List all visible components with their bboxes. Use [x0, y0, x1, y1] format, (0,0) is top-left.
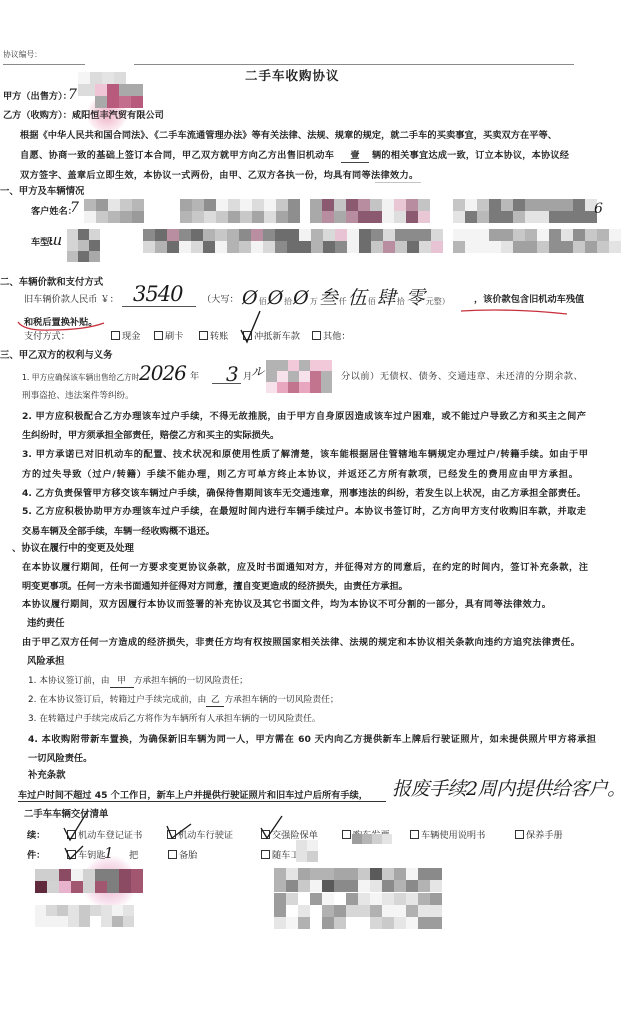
supplement-printed-clause: 车过户时间不超过 45 个工作日，新车上户并提供行驶证照片和旧车过户后所有手续，	[18, 790, 386, 802]
risk-item-2-suffix: 方承担车辆的一切风险责任；	[224, 695, 338, 705]
risk-item-1-suffix: 方承担车辆的一切风险责任；	[134, 676, 248, 686]
mosaic-cell	[394, 880, 406, 892]
redaction-mosaic	[296, 840, 318, 862]
obligation-1-prefix: 1. 甲方应确保该车辆出售给乙方时	[22, 372, 139, 384]
mosaic-cell	[394, 917, 406, 929]
mosaic-cell	[310, 868, 322, 880]
mosaic-cell	[57, 905, 68, 916]
mosaic-cell	[370, 905, 382, 917]
risk-item-1-prefix: 1. 本协议签订前，由	[28, 676, 110, 686]
mosaic-cell	[418, 868, 430, 880]
mosaic-cell	[286, 917, 298, 929]
mosaic-cell	[277, 382, 288, 393]
mosaic-cell	[119, 869, 131, 881]
mosaic-cell	[299, 382, 310, 393]
mosaic-cell	[57, 916, 68, 927]
mosaic-cell	[430, 868, 442, 880]
mosaic-cell	[274, 917, 286, 929]
risk-item-4-line-2: 一切风险责任。	[28, 753, 92, 765]
mosaic-cell	[101, 916, 112, 927]
payment-option-other[interactable]: 其他：	[312, 331, 351, 343]
mosaic-cell	[321, 360, 332, 371]
mosaic-cell	[47, 881, 59, 893]
mosaic-cell	[298, 905, 310, 917]
delivery-accessories-label: 件：	[27, 850, 45, 862]
mosaic-cell	[46, 916, 57, 927]
accessory-label: 备胎	[179, 850, 197, 861]
obligation-1-line-2: 刑事盗抢、违法案件等纠纷。	[22, 390, 134, 402]
mosaic-cell	[310, 905, 322, 917]
mosaic-cell	[406, 893, 418, 905]
mosaic-cell	[430, 917, 442, 929]
mosaic-cell	[346, 868, 358, 880]
mosaic-cell	[274, 905, 286, 917]
date-year-handwriting: 2026	[139, 363, 186, 383]
mosaic-cell	[382, 893, 394, 905]
mosaic-cell	[334, 905, 346, 917]
mosaic-cell	[358, 893, 370, 905]
mosaic-cell	[274, 893, 286, 905]
mosaic-cell	[35, 916, 46, 927]
price-note-b: 和税后置换补贴。	[24, 317, 98, 329]
payment-method-label: 支付方式：	[24, 331, 70, 343]
mosaic-cell	[71, 881, 83, 893]
obligation-5-line-1: 5. 乙方应积极协助甲方办理该车过户手续，在最短时间内进行车辆手续过户。本协议书…	[22, 506, 586, 518]
payment-option-label: 现金	[122, 331, 140, 342]
mosaic-cell	[334, 868, 346, 880]
mosaic-cell	[71, 869, 83, 881]
mosaic-cell	[382, 834, 392, 844]
mosaic-cell	[310, 360, 321, 371]
payment-option-label: 转账	[210, 331, 228, 342]
mosaic-cell	[321, 371, 332, 382]
checkbox-icon	[515, 830, 524, 839]
breach-title: 违约责任	[27, 618, 65, 630]
mosaic-cell	[370, 893, 382, 905]
breach-line-1: 由于甲乙双方任何一方造成的经济损失，非责任方均有权按照国家相关法律、法规的规定和…	[22, 637, 580, 649]
mosaic-cell	[286, 905, 298, 917]
mosaic-cell	[286, 893, 298, 905]
obligation-2-line-1: 2. 甲方应积极配合乙方办理该车过户手续，不得无故推脱，由于甲方自身原因造成该车…	[22, 411, 586, 423]
mosaic-cell	[101, 905, 112, 916]
mosaic-cell	[346, 880, 358, 892]
mosaic-cell	[68, 916, 79, 927]
obligation-3-line-1: 3. 甲方承诺已对旧机动车的配置、技术状况和原使用性质了解清楚，该车能根据居住管…	[22, 449, 588, 461]
mosaic-cell	[394, 868, 406, 880]
mosaic-cell	[277, 360, 288, 371]
mosaic-cell	[430, 905, 442, 917]
mosaic-cell	[346, 917, 358, 929]
doc-driving-license[interactable]: 机动车行驶证	[167, 830, 233, 842]
mosaic-cell	[418, 917, 430, 929]
mosaic-cell	[274, 880, 286, 892]
mosaic-cell	[382, 905, 394, 917]
mosaic-cell	[382, 880, 394, 892]
mosaic-cell	[352, 834, 362, 844]
mosaic-cell	[322, 893, 334, 905]
mosaic-cell	[299, 360, 310, 371]
mosaic-cell	[286, 868, 298, 880]
mosaic-cell	[35, 869, 47, 881]
car-key-unit: 把	[129, 850, 138, 862]
mosaic-cell	[288, 371, 299, 382]
mosaic-cell	[90, 916, 101, 927]
doc-maintenance-manual[interactable]: 保养手册	[515, 830, 563, 842]
mosaic-cell	[334, 917, 346, 929]
amendment-line-3: 本协议履行期间，双方因履行本协议而签署的补充协议及其它书面文件，均为本协议不可分…	[22, 599, 551, 611]
mosaic-cell	[112, 916, 123, 927]
checkbox-icon	[111, 331, 120, 340]
risk-item-1: 1. 本协议签订前，由甲方承担车辆的一切风险责任；	[28, 675, 248, 688]
checkmark-icon	[243, 331, 244, 332]
mosaic-cell	[322, 880, 334, 892]
risk-item-2: 2. 在本协议签订后，转籍过户手续完成前，由乙方承担车辆的一切风险责任；	[28, 694, 339, 707]
mosaic-cell	[346, 905, 358, 917]
mosaic-cell	[277, 371, 288, 382]
mosaic-cell	[310, 917, 322, 929]
mosaic-cell	[418, 905, 430, 917]
mosaic-cell	[298, 917, 310, 929]
payment-option-label: 冲抵新车款	[254, 331, 300, 342]
checkbox-icon	[342, 830, 351, 839]
mosaic-cell	[131, 881, 143, 893]
mosaic-cell	[430, 880, 442, 892]
mosaic-cell	[90, 905, 101, 916]
section-3-title: 三、甲乙双方的权利与义务	[0, 350, 113, 362]
mosaic-cell	[47, 869, 59, 881]
mosaic-cell	[334, 893, 346, 905]
redaction-mosaic	[35, 905, 134, 927]
mosaic-cell	[274, 868, 286, 880]
risk-item-3: 3. 在转籍过户手续完成后乙方将作为车辆所有人承担车辆的一切风险责任。	[28, 713, 321, 725]
obligation-5-line-2: 交易车辆及全部手续，车辆一经收购概不退还。	[22, 526, 215, 538]
doc-user-manual[interactable]: 车辆使用说明书	[410, 830, 485, 842]
mosaic-cell	[406, 917, 418, 929]
payment-option-transfer[interactable]: 转账	[199, 331, 228, 343]
checkmark-icon	[67, 830, 68, 831]
mosaic-cell	[266, 382, 277, 393]
date-month-handwriting: 3	[226, 364, 239, 384]
accessory-spare-tire[interactable]: 备胎	[168, 850, 197, 862]
mosaic-cell	[107, 869, 119, 881]
obligation-2-line-2: 生纠纷时，甲方须承担全部责任，赔偿乙方和买主的实际损失。	[22, 430, 279, 442]
mosaic-cell	[307, 840, 318, 851]
amendment-line-2: 明变更事项。任何一方未书面通知并征得对方同意，擅自变更造成的经济损失，由责任方承…	[22, 581, 408, 593]
amendment-line-1: 在本协议履行期间，任何一方要求变更协议条款，应及时书面通知对方，并征得对方的同意…	[22, 562, 588, 574]
mosaic-cell	[59, 869, 71, 881]
redaction-mosaic	[266, 360, 332, 393]
section-4-title: 、协议在履行中的变更及处理	[12, 543, 134, 555]
mosaic-cell	[322, 868, 334, 880]
mosaic-cell	[95, 869, 107, 881]
redaction-mosaic	[35, 869, 143, 893]
mosaic-cell	[298, 868, 310, 880]
mosaic-cell	[406, 868, 418, 880]
checkbox-icon	[410, 830, 419, 839]
mosaic-cell	[358, 917, 370, 929]
mosaic-cell	[83, 881, 95, 893]
mosaic-cell	[334, 880, 346, 892]
doc-label: 机动车行驶证	[178, 830, 233, 841]
mosaic-cell	[299, 371, 310, 382]
mosaic-cell	[346, 893, 358, 905]
mosaic-cell	[296, 851, 307, 862]
mosaic-cell	[430, 893, 442, 905]
payment-option-label: 其他：	[323, 331, 351, 342]
payment-option-cash[interactable]: 现金	[111, 331, 140, 343]
risk-title: 风险承担	[27, 656, 65, 668]
doc-label: 保养手册	[526, 830, 563, 841]
mosaic-cell	[372, 834, 382, 844]
mosaic-cell	[266, 371, 277, 382]
checkbox-icon	[154, 331, 163, 340]
mosaic-cell	[286, 880, 298, 892]
checkmark-icon	[167, 830, 168, 831]
mosaic-cell	[79, 916, 90, 927]
doc-label: 车辆使用说明书	[421, 830, 485, 841]
mosaic-cell	[310, 382, 321, 393]
mosaic-cell	[79, 905, 90, 916]
mosaic-cell	[298, 893, 310, 905]
mosaic-cell	[394, 893, 406, 905]
mosaic-cell	[119, 881, 131, 893]
redaction-mosaic	[274, 893, 442, 929]
mosaic-cell	[310, 880, 322, 892]
mosaic-cell	[358, 905, 370, 917]
checkbox-icon	[168, 850, 177, 859]
mosaic-cell	[322, 917, 334, 929]
mosaic-cell	[266, 360, 277, 371]
mosaic-cell	[358, 868, 370, 880]
mosaic-cell	[296, 840, 307, 851]
supplement-handwritten-clause: 报废手续2周内提供给客户。	[392, 780, 626, 799]
mosaic-cell	[83, 869, 95, 881]
mosaic-cell	[358, 880, 370, 892]
risk-item-2-party-field: 乙	[206, 694, 224, 707]
checkmark-icon	[67, 850, 68, 851]
mosaic-cell	[362, 834, 372, 844]
supplement-title: 补充条款	[28, 770, 66, 782]
mosaic-cell	[298, 880, 310, 892]
mosaic-cell	[394, 905, 406, 917]
mosaic-cell	[321, 382, 332, 393]
mosaic-cell	[288, 360, 299, 371]
mosaic-cell	[406, 905, 418, 917]
risk-item-2-prefix: 2. 在本协议签订后，转籍过户手续完成前，由	[28, 695, 206, 705]
redaction-mosaic	[352, 834, 392, 844]
checkbox-icon	[312, 331, 321, 340]
obligation-1-suffix: 分以前）无债权、债务、交通违章、未还清的分期余款、	[341, 371, 583, 383]
mosaic-cell	[131, 869, 143, 881]
checkbox-icon	[261, 850, 270, 859]
payment-option-label: 刷卡	[165, 331, 183, 342]
mosaic-cell	[382, 917, 394, 929]
mosaic-cell	[46, 905, 57, 916]
mosaic-cell	[370, 917, 382, 929]
checkbox-icon	[199, 331, 208, 340]
mosaic-cell	[310, 893, 322, 905]
mosaic-cell	[310, 371, 321, 382]
delivery-checklist-title: 二手车车辆交付清单	[24, 809, 108, 821]
mosaic-cell	[123, 905, 134, 916]
date-day-handwriting: ル	[251, 366, 264, 379]
payment-option-card[interactable]: 刷卡	[154, 331, 183, 343]
obligation-4-line-1: 4. 乙方负责保管甲方移交该车辆过户手续，确保待售期间该车无交通违章，刑事违法的…	[22, 488, 586, 500]
mosaic-cell	[35, 881, 47, 893]
mosaic-cell	[370, 868, 382, 880]
mosaic-cell	[307, 851, 318, 862]
redaction-mosaic	[274, 868, 442, 892]
doc-label: 机动车登记证书	[78, 830, 142, 841]
mosaic-cell	[382, 868, 394, 880]
checkmark-icon	[261, 830, 262, 831]
mosaic-cell	[68, 905, 79, 916]
mosaic-cell	[35, 905, 46, 916]
mosaic-cell	[322, 905, 334, 917]
obligation-3-line-2: 方的过失导致（过户/转籍）手续不能办理，则乙方可单方终止本协议，并返还乙方所有款…	[22, 469, 578, 481]
date-year-unit: 年	[190, 371, 199, 383]
payment-option-offset-new-car[interactable]: 冲抵新车款	[243, 331, 300, 343]
mosaic-cell	[123, 916, 134, 927]
doc-registration-certificate[interactable]: 机动车登记证书	[67, 830, 142, 842]
mosaic-cell	[370, 880, 382, 892]
mosaic-cell	[95, 881, 107, 893]
mosaic-cell	[288, 382, 299, 393]
mosaic-cell	[406, 880, 418, 892]
mosaic-cell	[107, 881, 119, 893]
mosaic-cell	[418, 893, 430, 905]
mosaic-cell	[418, 880, 430, 892]
risk-item-4-line-1: 4. 本收购附带新车置换，为确保新旧车辆为同一人，甲方需在 60 天内向乙方提供…	[28, 734, 596, 746]
mosaic-cell	[112, 905, 123, 916]
mosaic-cell	[59, 881, 71, 893]
risk-item-1-party-field: 甲	[110, 675, 134, 688]
red-underline-annotation	[0, 0, 640, 360]
delivery-docs-label: 续：	[27, 830, 45, 842]
